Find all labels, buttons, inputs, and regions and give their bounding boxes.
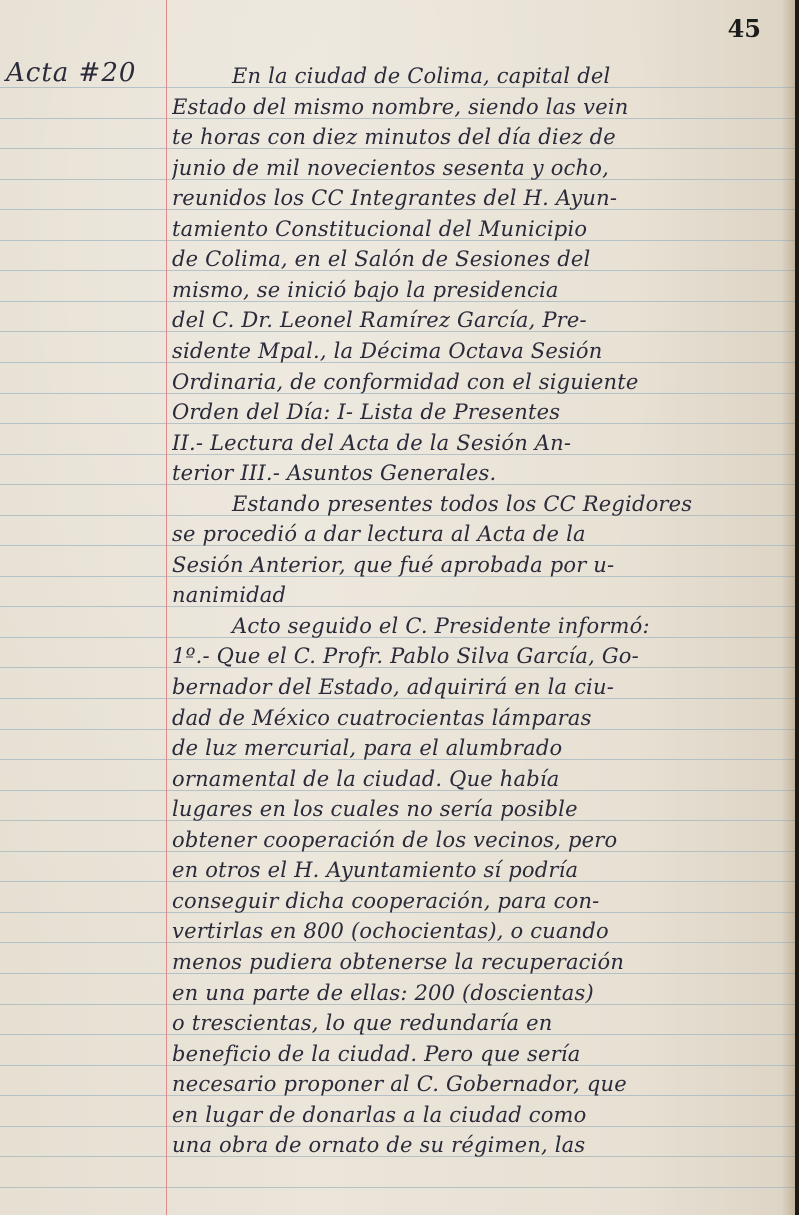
text-line: se procedió a dar lectura al Acta de la xyxy=(172,519,787,549)
text-line: tamiento Constitucional del Municipio xyxy=(172,214,787,244)
text-line: nanimidad xyxy=(172,580,787,610)
text-line: terior III.- Asuntos Generales. xyxy=(172,458,787,488)
text-line: Sesión Anterior, que fué aprobada por u- xyxy=(172,550,787,580)
text-line: en lugar de donarlas a la ciudad como xyxy=(172,1100,787,1130)
text-line: En la ciudad de Colima, capital del xyxy=(172,61,787,91)
text-line: sidente Mpal., la Décima Octava Sesión xyxy=(172,336,787,366)
text-line: II.- Lectura del Acta de la Sesión An- xyxy=(172,428,787,458)
text-line: bernador del Estado, adquirirá en la ciu… xyxy=(172,672,787,702)
text-line: Acto seguido el C. Presidente informó: xyxy=(172,611,787,641)
text-line: menos pudiera obtenerse la recuperación xyxy=(172,947,787,977)
ruled-line xyxy=(0,1187,795,1188)
text-line: del C. Dr. Leonel Ramírez García, Pre- xyxy=(172,305,787,335)
text-line: necesario proponer al C. Gobernador, que xyxy=(172,1069,787,1099)
text-line: vertirlas en 800 (ochocientas), o cuando xyxy=(172,916,787,946)
text-line: te horas con diez minutos del día diez d… xyxy=(172,122,787,152)
text-line: en una parte de ellas: 200 (doscientas) xyxy=(172,978,787,1008)
text-line: en otros el H. Ayuntamiento sí podría xyxy=(172,855,787,885)
text-line: mismo, se inició bajo la presidencia xyxy=(172,275,787,305)
text-line: beneficio de la ciudad. Pero que sería xyxy=(172,1039,787,1069)
text-line: ornamental de la ciudad. Que había xyxy=(172,764,787,794)
text-line: obtener cooperación de los vecinos, pero xyxy=(172,825,787,855)
text-line: junio de mil novecientos sesenta y ocho, xyxy=(172,153,787,183)
text-line: Orden del Día: I- Lista de Presentes xyxy=(172,397,787,427)
acta-heading: Acta #20 xyxy=(6,58,136,88)
text-line: de Colima, en el Salón de Sesiones del xyxy=(172,244,787,274)
text-line: de luz mercurial, para el alumbrado xyxy=(172,733,787,763)
text-line: reunidos los CC Integrantes del H. Ayun- xyxy=(172,183,787,213)
text-line: conseguir dicha cooperación, para con- xyxy=(172,886,787,916)
text-line: dad de México cuatrocientas lámparas xyxy=(172,703,787,733)
text-line: o trescientas, lo que redundaría en xyxy=(172,1008,787,1038)
text-line: lugares en los cuales no sería posible xyxy=(172,794,787,824)
text-line: Ordinaria, de conformidad con el siguien… xyxy=(172,367,787,397)
text-line: Estando presentes todos los CC Regidores xyxy=(172,489,787,519)
text-line: Estado del mismo nombre, siendo las vein xyxy=(172,92,787,122)
notebook-page: 45 Acta #20 En la ciudad de Colima, capi… xyxy=(0,0,795,1215)
page-number: 45 xyxy=(728,14,761,43)
red-margin-line xyxy=(166,0,167,1215)
text-line: una obra de ornato de su régimen, las xyxy=(172,1130,787,1160)
text-line: 1º.- Que el C. Profr. Pablo Silva García… xyxy=(172,641,787,671)
